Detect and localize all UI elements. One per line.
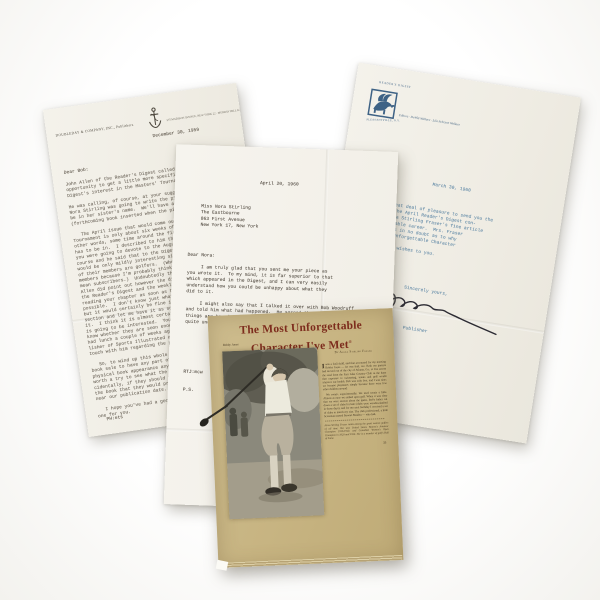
company-name: DOUBLEDAY & COMPANY, INC., Publishers xyxy=(55,121,147,138)
page-number: 33 xyxy=(325,441,389,447)
worn-corner xyxy=(216,560,229,571)
article-column-wrap: Iwas a frail child, and that accounted f… xyxy=(322,360,392,493)
photograph-of-documents: DOUBLEDAY & COMPANY, INC., Publishers 57… xyxy=(0,0,600,600)
booklet-pages-edge xyxy=(219,555,402,568)
recipient-wrap: Miss Nora Stirling The Eastbourne 863 Fi… xyxy=(200,203,341,240)
salutation-wrap: Dear Nora: xyxy=(187,252,287,264)
date-wrap: December 30, 1959 xyxy=(152,122,236,142)
digest-booklet: The Most Unforgettable Character I've Me… xyxy=(208,308,404,568)
letterhead-name-wrap: DOUBLEDAY & COMPANY, INC., Publishers xyxy=(55,121,147,142)
date-wrap: March 30, 1960 xyxy=(432,182,522,205)
golf-clubhead-icon xyxy=(197,401,232,437)
author-bio-note: Alexa Stirling Fraser ranks among the gr… xyxy=(324,421,389,440)
date-wrap: April 20, 1960 xyxy=(260,180,350,192)
salutation: Dear Nora: xyxy=(187,252,287,261)
recipient-address: Miss Nora Stirling The Eastbourne 863 Fi… xyxy=(200,203,341,233)
article-paragraph-2: We swam, experimentally. We tried tennis… xyxy=(323,391,388,419)
company-address: 575 MADISON AVENUE, NEW YORK 22 · MURRAY… xyxy=(166,108,246,122)
dropcap: I xyxy=(322,364,325,369)
letter-date: March 30, 1960 xyxy=(432,182,522,202)
letter-date: April 20, 1960 xyxy=(260,180,350,189)
editors-line: Editors · DeWitt Wallace · Lila Acheson … xyxy=(399,114,538,139)
bobby-jones-photo xyxy=(222,347,324,519)
letter-date: December 30, 1959 xyxy=(152,122,236,139)
byline-wrap: By Alexa Stirling Fraser xyxy=(321,348,385,359)
article-paragraph-1: was a frail child, and that accounted fo… xyxy=(322,360,387,391)
title-mark: ® xyxy=(349,339,352,344)
golfer-illustration-icon xyxy=(222,347,324,519)
editors-line-wrap: Editors · DeWitt Wallace · Lila Acheson … xyxy=(398,114,538,144)
